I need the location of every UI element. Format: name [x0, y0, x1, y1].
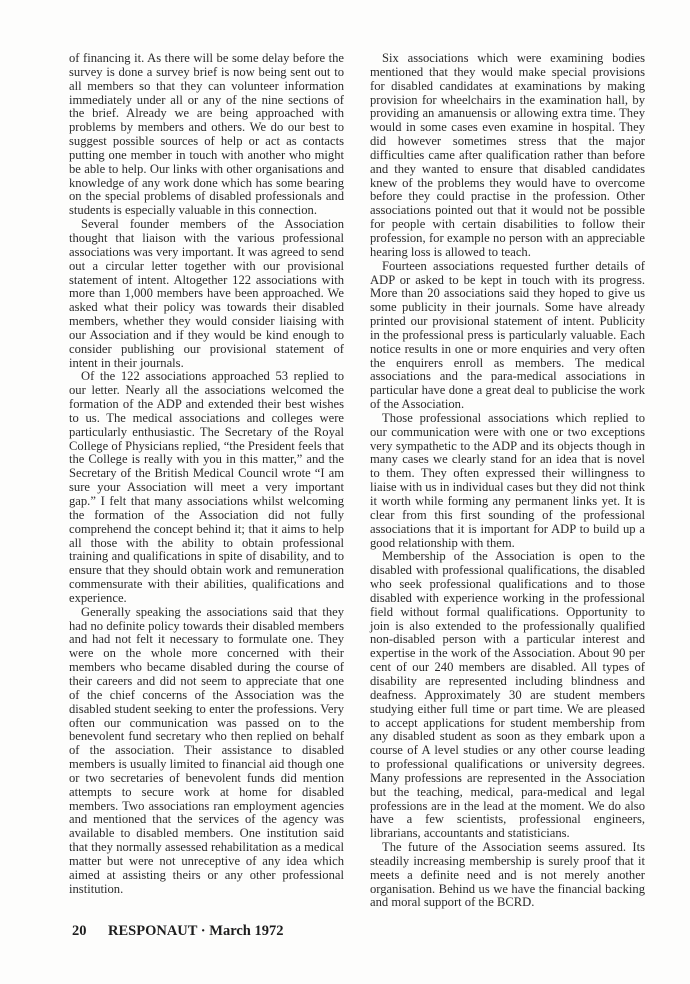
paragraph: Those professional associations which re… [370, 412, 645, 550]
paragraph: Fourteen associations requested further … [370, 260, 645, 412]
document-page: of financing it. As there will be some d… [0, 0, 690, 984]
paragraph: Membership of the Association is open to… [370, 550, 645, 841]
right-column: Six associations which were examining bo… [370, 52, 645, 910]
paragraph: Of the 122 associations approached 53 re… [69, 370, 344, 605]
paragraph: Six associations which were examining bo… [370, 52, 645, 260]
paragraph: The future of the Association seems assu… [370, 841, 645, 910]
paragraph: Generally speaking the associations said… [69, 606, 344, 897]
page-footer: 20RESPONAUT · March 1972 [72, 923, 284, 940]
paragraph: Several founder members of the Associati… [69, 218, 344, 370]
publication-title: RESPONAUT · March 1972 [108, 923, 284, 939]
left-column: of financing it. As there will be some d… [69, 52, 344, 896]
paragraph: of financing it. As there will be some d… [69, 52, 344, 218]
page-number: 20 [72, 923, 108, 940]
